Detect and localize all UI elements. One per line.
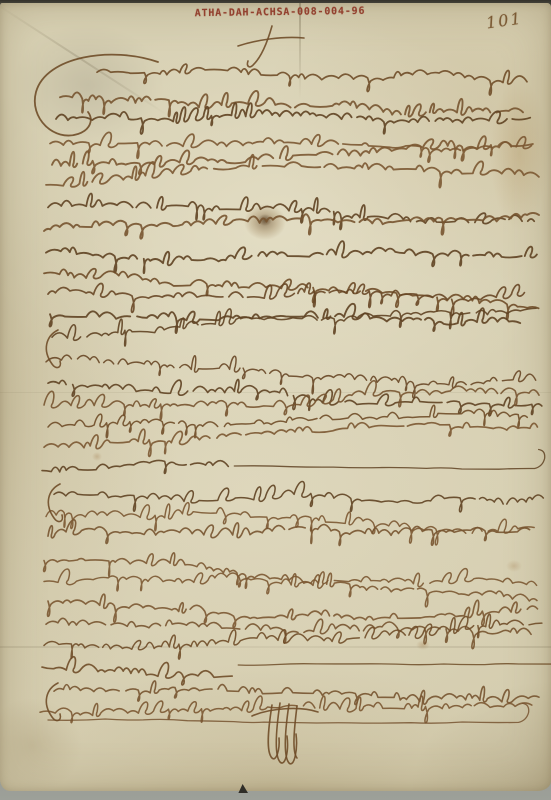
document-scan: ATHA-DAH-ACHSA-008-004-96 101 xyxy=(0,0,551,800)
handwriting-layer xyxy=(0,0,551,800)
